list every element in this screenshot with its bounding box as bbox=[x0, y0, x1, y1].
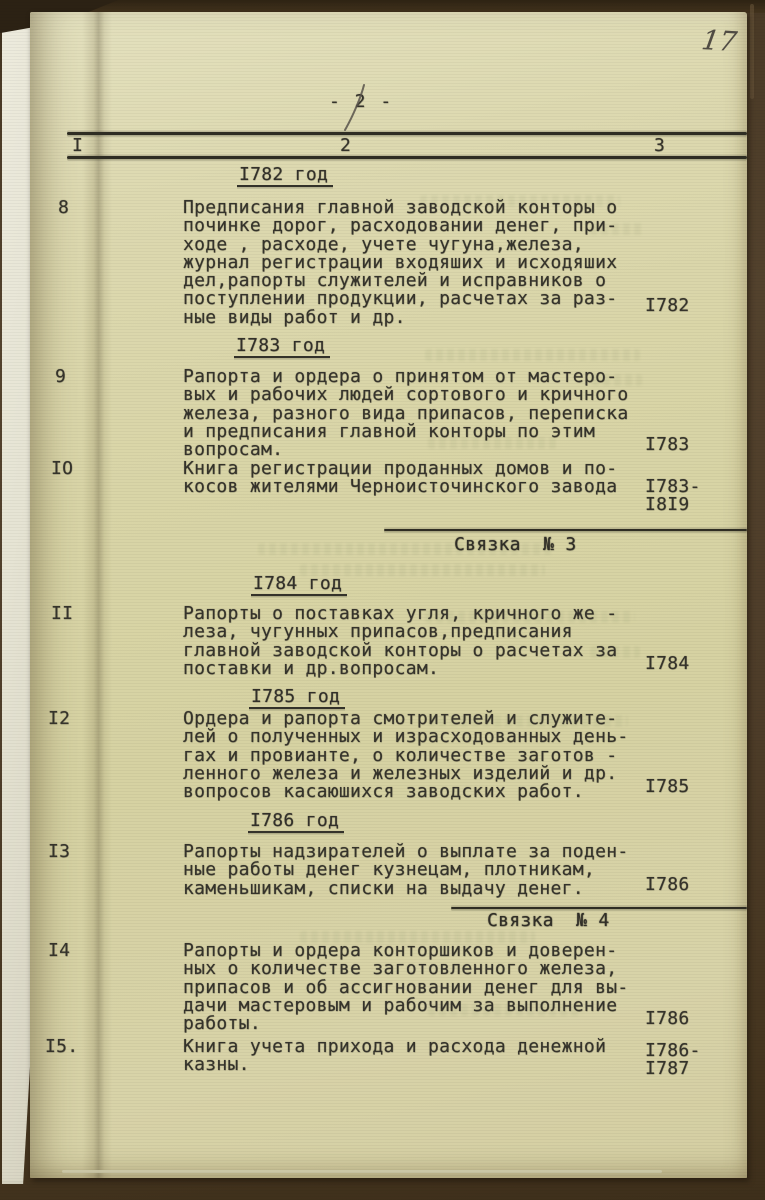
entry-description: Рапорты о поставках угля, кричного же - … bbox=[183, 605, 617, 678]
entry-year: I786 bbox=[645, 1010, 690, 1028]
entry-year: I784 bbox=[645, 655, 690, 673]
description-line: вопросов касаюшихся заводских работ. bbox=[183, 783, 628, 801]
column-header-2: 2 bbox=[340, 137, 351, 155]
entry-year: I783- I8I9 bbox=[645, 478, 701, 515]
entry-description: Предписания главной заводской конторы о … bbox=[183, 199, 617, 327]
entry-year: I785 bbox=[645, 778, 690, 796]
description-line: ные виды работ и др. bbox=[183, 309, 617, 327]
entry-number: II bbox=[51, 605, 73, 623]
entry-number: I3 bbox=[48, 843, 70, 861]
entry-description: Рапорты надзирателей о выплате за поден-… bbox=[183, 843, 628, 898]
entry-description: Рапорты и ордера конторшиков и доверен- … bbox=[183, 942, 628, 1033]
entry-number: I4 bbox=[48, 942, 70, 960]
description-line: косов жителями Черноисточинского завода bbox=[183, 478, 617, 496]
description-line: ных о количестве заготовленного железа, bbox=[183, 960, 628, 978]
description-line: вопросам. bbox=[183, 441, 628, 459]
description-line: починке дорог, расходовании денег, при- bbox=[183, 217, 617, 235]
entry-year: I786 bbox=[645, 876, 690, 894]
year-heading-1785: I785 год bbox=[249, 688, 345, 709]
folio-number-handwritten: 17 bbox=[700, 25, 739, 58]
entry-year-line: I8I9 bbox=[645, 496, 701, 514]
bundle-label: Связка № 3 bbox=[454, 536, 577, 554]
description-line: лей о полученных и израсходованных день- bbox=[183, 728, 628, 746]
year-heading-1783: I783 год bbox=[234, 337, 330, 358]
strikethrough-pencil-mark bbox=[342, 82, 368, 134]
entry-description: Книга учета прихода и расхода денежной к… bbox=[183, 1038, 606, 1075]
entry-description: Ордера и рапорта смотрителей и служите- … bbox=[183, 710, 628, 801]
bundle-divider-rule bbox=[384, 529, 747, 531]
entry-number: 9 bbox=[55, 368, 66, 386]
description-line: поставки и др.вопросам. bbox=[183, 660, 617, 678]
entry-number: I2 bbox=[48, 710, 70, 728]
description-line: каменьшикам, списки на выдачу денег. bbox=[183, 880, 628, 898]
column-header-1: I bbox=[72, 137, 83, 155]
entry-description: Рапорта и ордера о принятом от мастеро- … bbox=[183, 368, 628, 459]
entry-year: I786- I787 bbox=[645, 1042, 701, 1079]
year-heading-1784: I784 год bbox=[251, 575, 347, 596]
table-header-rule-bottom bbox=[67, 156, 747, 159]
entry-number: IО bbox=[51, 460, 73, 478]
description-line: ные работы денег кузнецам, плотникам, bbox=[183, 861, 628, 879]
entry-number: 8 bbox=[58, 199, 69, 217]
description-line: леза, чугунных припасов,предписания bbox=[183, 623, 617, 641]
scanned-archive-page: 17 - 2 - I 2 3 I782 год 8 Предписания гл… bbox=[0, 0, 765, 1200]
description-line: вых и рабочих людей сортового и кричного bbox=[183, 386, 628, 404]
entry-description: Книга регистрации проданных домов и по- … bbox=[183, 460, 617, 497]
entry-number: I5. bbox=[45, 1038, 78, 1056]
bundle-label: Связка № 4 bbox=[487, 912, 610, 930]
table-header-rule-top bbox=[67, 132, 747, 135]
year-heading-1786: I786 год bbox=[248, 812, 344, 833]
bundle-divider-rule bbox=[451, 907, 747, 909]
column-header-3: 3 bbox=[654, 137, 665, 155]
entry-year-line: I787 bbox=[645, 1060, 701, 1078]
year-heading-1782: I782 год bbox=[237, 166, 333, 187]
description-line: работы. bbox=[183, 1015, 628, 1033]
cover-texture-streak bbox=[750, 4, 754, 99]
entry-year: I783 bbox=[645, 436, 690, 454]
description-line: казны. bbox=[183, 1056, 606, 1074]
entry-year: I782 bbox=[645, 297, 690, 315]
bottom-sheet-edge bbox=[62, 1170, 662, 1173]
